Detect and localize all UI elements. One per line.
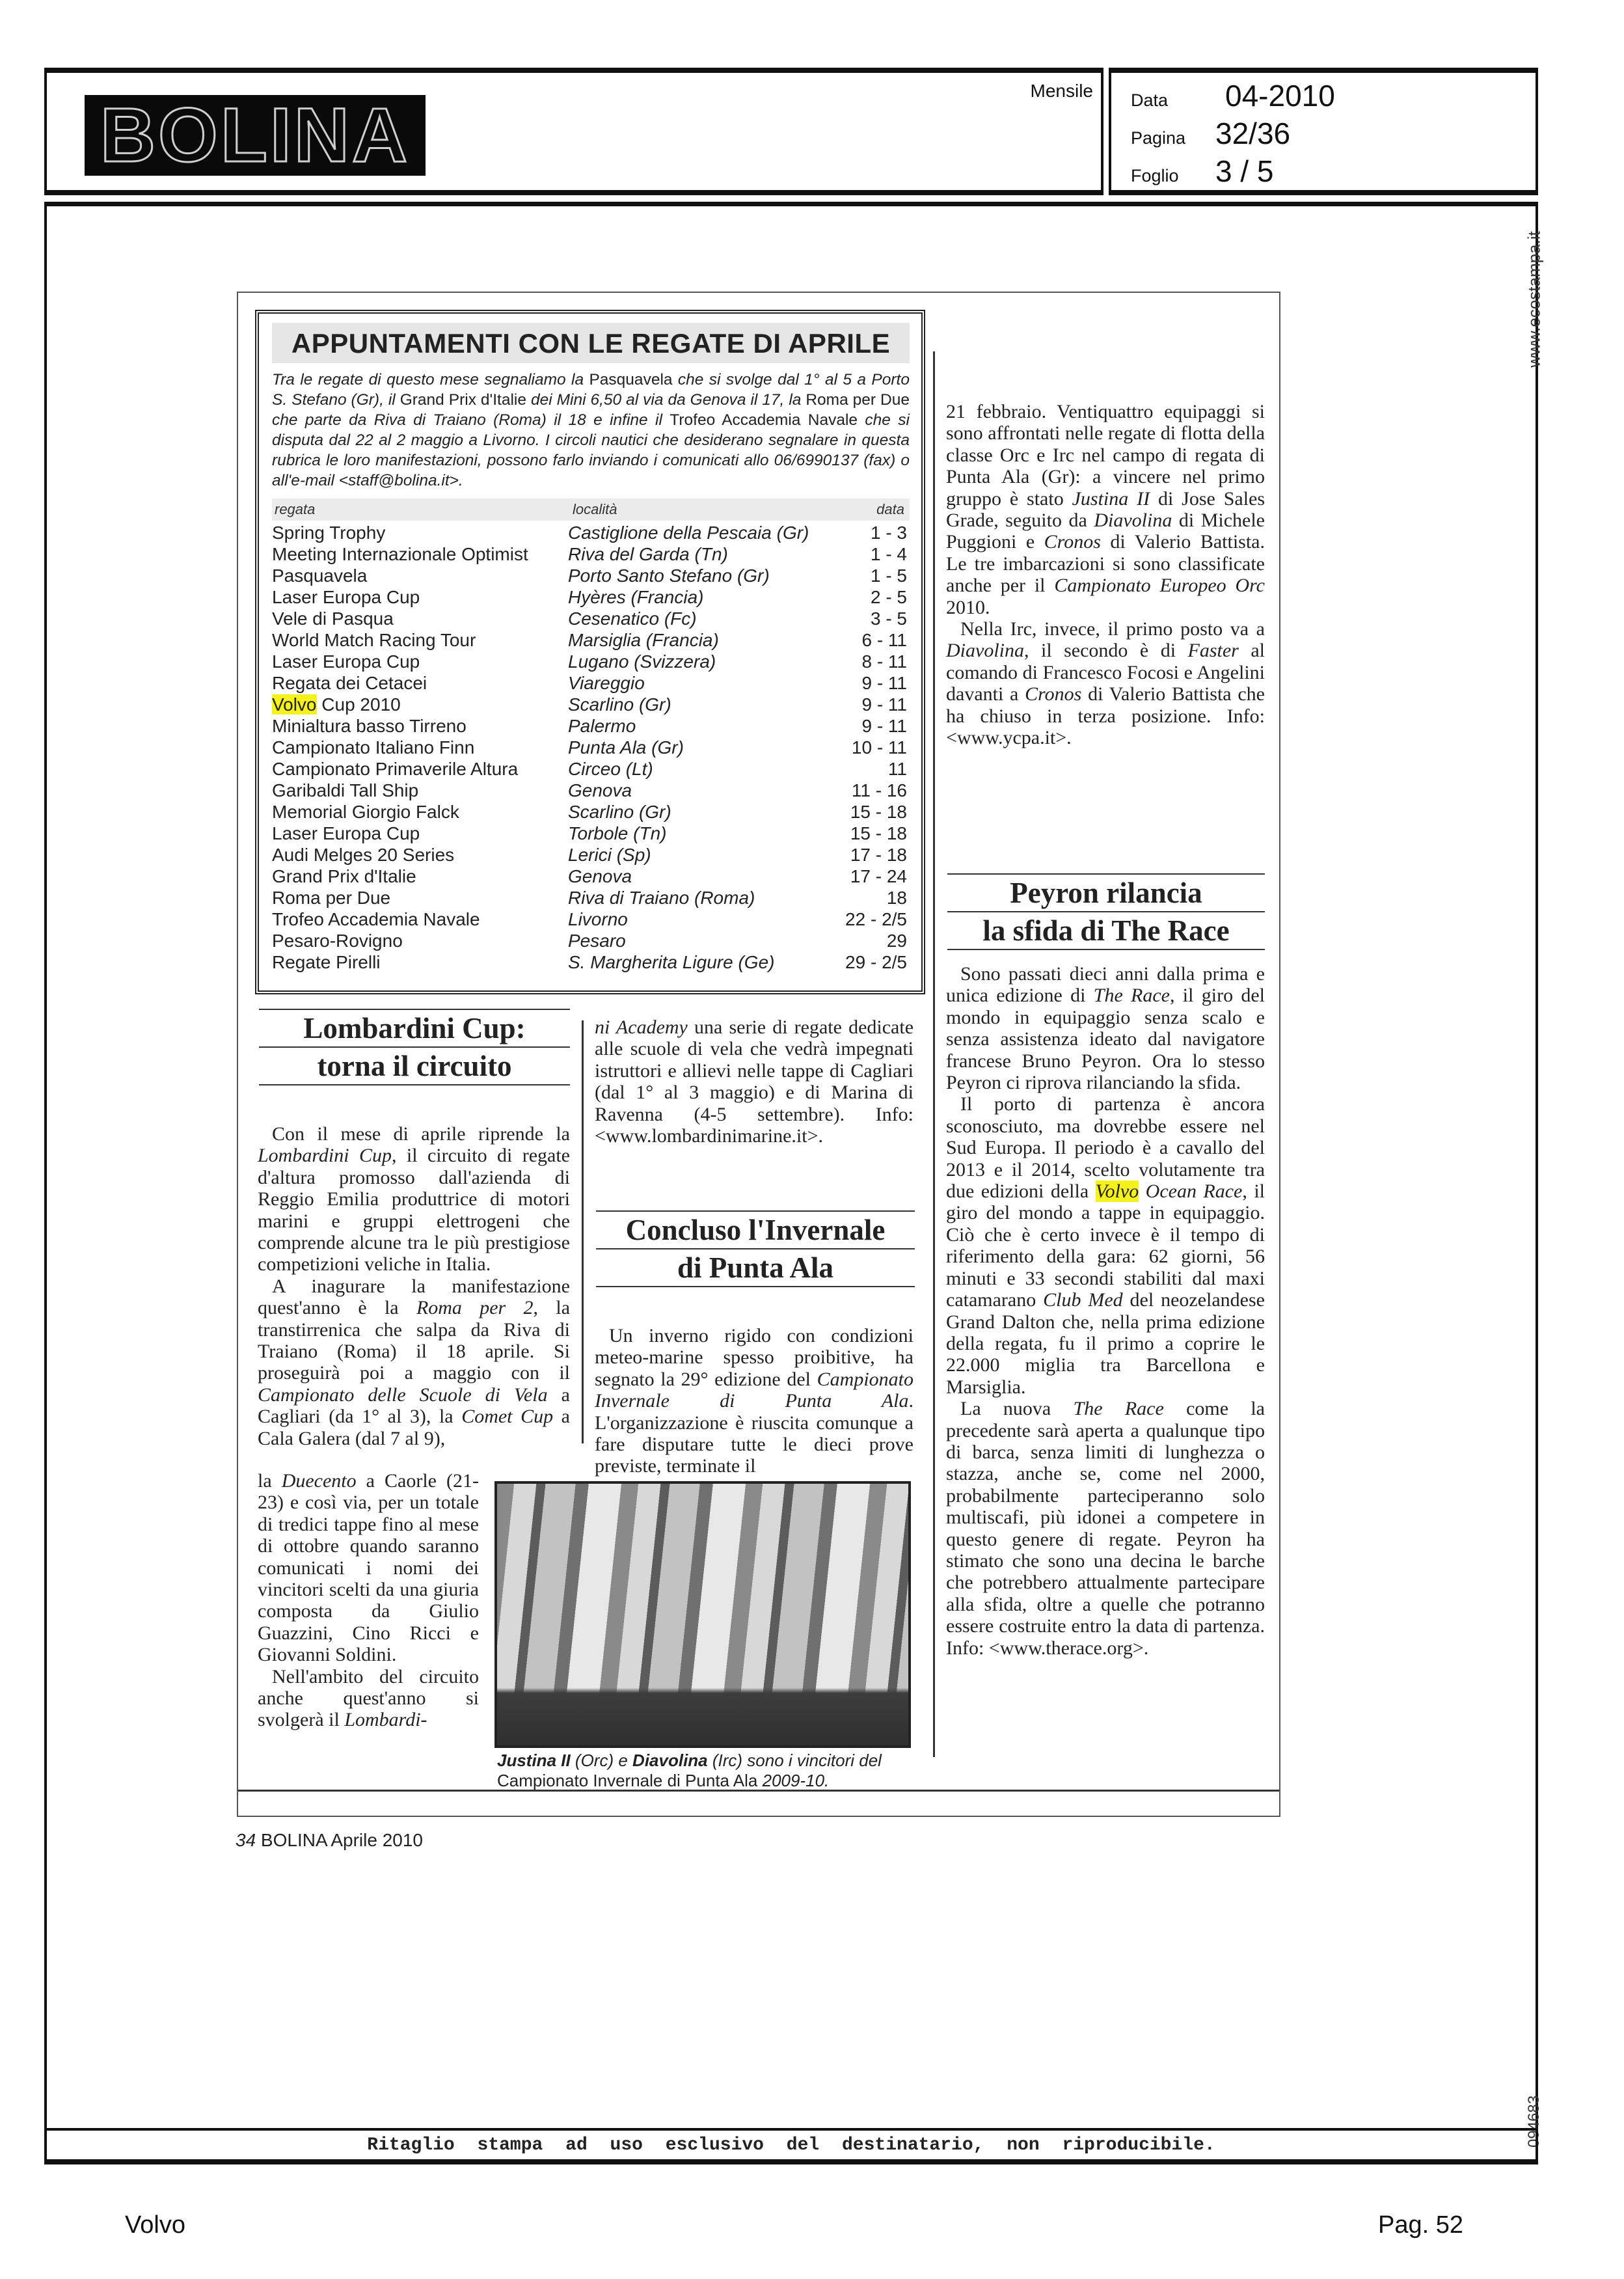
table-row: Memorial Giorgio FalckScarlino (Gr)15 - … bbox=[272, 801, 910, 823]
foglio-label: Foglio bbox=[1131, 166, 1215, 186]
table-row: Laser Europa CupLugano (Svizzera)8 - 11 bbox=[272, 651, 910, 672]
column-divider bbox=[582, 1020, 584, 1443]
disclaimer-bar: Ritaglio stampa ad uso esclusivo del des… bbox=[44, 2128, 1538, 2164]
meta-foglio-row: Foglio 3 / 5 bbox=[1131, 154, 1274, 189]
volvo-highlight: Volvo bbox=[1096, 1180, 1139, 1202]
photo-caption: Justina II (Orc) e Diavolina (Irc) sono … bbox=[497, 1751, 913, 1791]
table-row: Regata dei CetaceiViareggio9 - 11 bbox=[272, 672, 910, 694]
data-value: 04-2010 bbox=[1225, 78, 1335, 113]
content-bottom-rule bbox=[238, 1790, 1279, 1792]
table-row: Spring TrophyCastiglione della Pescaia (… bbox=[272, 522, 910, 543]
side-url: www.ecostampa.it bbox=[1521, 215, 1547, 384]
table-row: Meeting Internazionale OptimistRiva del … bbox=[272, 543, 910, 565]
lombardini-article-narrow: la Duecento a Caorle (21-23) e così via,… bbox=[258, 1470, 479, 1731]
table-row: Campionato Italiano FinnPunta Ala (Gr)10… bbox=[272, 737, 910, 758]
appointments-title: APPUNTAMENTI CON LE REGATE DI APRILE bbox=[272, 323, 910, 363]
lombardini-headline: Lombardini Cup: torna il circuito bbox=[259, 1009, 570, 1085]
data-label: Data bbox=[1131, 90, 1215, 111]
footer-keyword: Volvo bbox=[125, 2211, 185, 2239]
table-row-highlighted: Volvo Cup 2010Scarlino (Gr)9 - 11 bbox=[272, 694, 910, 715]
appointments-intro: Tra le regate di questo mese segnaliamo … bbox=[272, 370, 910, 491]
col-localita: località bbox=[573, 501, 833, 518]
meta-pagina-row: Pagina 32/36 bbox=[1131, 116, 1290, 151]
frequency-label: Mensile bbox=[1031, 81, 1093, 102]
magazine-page-footer: 34 BOLINA Aprile 2010 bbox=[236, 1830, 423, 1851]
regatta-photo bbox=[494, 1481, 911, 1748]
column-divider bbox=[933, 351, 935, 1757]
lombardini-article-continued: ni Academy una serie di regate dedicate … bbox=[595, 1017, 913, 1147]
footer-page-number: Pag. 52 bbox=[1378, 2211, 1463, 2239]
peyron-article: Sono passati dieci anni dalla prima e un… bbox=[946, 963, 1265, 1659]
invernale-headline: Concluso l'Invernale di Punta Ala bbox=[596, 1210, 915, 1287]
table-row: Roma per DueRiva di Traiano (Roma)18 bbox=[272, 887, 910, 908]
invernale-article: Un inverno rigido con condizioni meteo-m… bbox=[595, 1325, 913, 1477]
invernale-article-continued: 21 febbraio. Ventiquattro equipaggi si s… bbox=[946, 401, 1265, 749]
table-row: Laser Europa CupHyères (Francia)2 - 5 bbox=[272, 586, 910, 608]
table-row: Regate PirelliS. Margherita Ligure (Ge)2… bbox=[272, 951, 910, 973]
table-row: Campionato Primaverile AlturaCirceo (Lt)… bbox=[272, 758, 910, 780]
table-row: Vele di PasquaCesenatico (Fc)3 - 5 bbox=[272, 608, 910, 629]
volvo-highlight: Volvo bbox=[272, 694, 317, 715]
table-row: Pesaro-RovignoPesaro29 bbox=[272, 930, 910, 951]
table-row: World Match Racing TourMarsiglia (Franci… bbox=[272, 629, 910, 651]
foglio-value: 3 / 5 bbox=[1215, 154, 1274, 189]
meta-data-row: Data 04-2010 bbox=[1131, 78, 1335, 113]
magazine-page: APPUNTAMENTI CON LE REGATE DI APRILE Tra… bbox=[237, 292, 1280, 1817]
table-row: Trofeo Accademia NavaleLivorno22 - 2/5 bbox=[272, 908, 910, 930]
pagina-value: 32/36 bbox=[1215, 116, 1290, 151]
header-left-box: BOLINA Mensile bbox=[44, 68, 1103, 195]
table-row: Garibaldi Tall ShipGenova11 - 16 bbox=[272, 780, 910, 801]
lombardini-article: Con il mese di aprile riprende la Lombar… bbox=[258, 1123, 570, 1449]
table-row: Grand Prix d'ItalieGenova17 - 24 bbox=[272, 866, 910, 887]
pagina-label: Pagina bbox=[1131, 128, 1215, 148]
header-meta-box: Data 04-2010 Pagina 32/36 Foglio 3 / 5 bbox=[1109, 68, 1538, 195]
peyron-headline: Peyron rilancia la sfida di The Race bbox=[947, 873, 1265, 950]
appointments-box: APPUNTAMENTI CON LE REGATE DI APRILE Tra… bbox=[255, 310, 925, 994]
appointments-table-header: regata località data bbox=[272, 498, 910, 521]
bolina-logo: BOLINA bbox=[85, 95, 426, 176]
appointments-table: Spring TrophyCastiglione della Pescaia (… bbox=[272, 522, 910, 973]
table-row: Laser Europa CupTorbole (Tn)15 - 18 bbox=[272, 823, 910, 844]
col-regata: regata bbox=[272, 501, 573, 518]
table-row: Minialtura basso TirrenoPalermo9 - 11 bbox=[272, 715, 910, 737]
table-row: PasquavelaPorto Santo Stefano (Gr)1 - 5 bbox=[272, 565, 910, 586]
table-row: Audi Melges 20 SeriesLerici (Sp)17 - 18 bbox=[272, 844, 910, 866]
col-data: data bbox=[833, 501, 910, 518]
